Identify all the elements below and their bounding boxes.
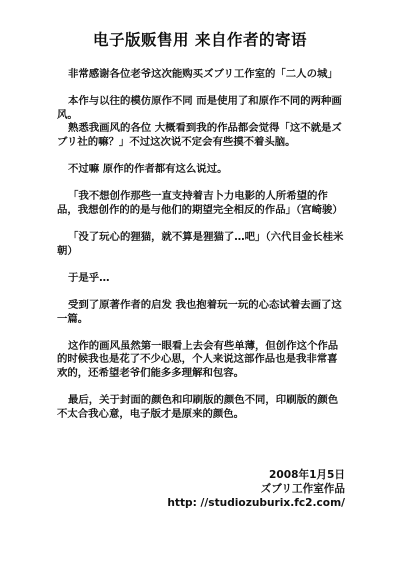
studio-name: ズブリ工作室作品 bbox=[167, 483, 345, 497]
paragraph-cover-color: 最后，关于封面的颜色和印刷版的颜色不同，印刷版的颜色不太合我心意，电子版才是原来… bbox=[57, 394, 347, 421]
paragraph-effort: 这作的画风虽然第一眼看上去会有些单薄，但创作这个作品的时候我也是花了不少心思，个… bbox=[57, 340, 347, 381]
signature-block: 2008年1月5日 ズブリ工作室作品 http: //studiozuburix… bbox=[167, 469, 345, 510]
paragraph-art-style: 本作与以往的模仿原作不同 而是使用了和原作不同的两种画风。 bbox=[57, 95, 347, 122]
paragraph-original-author: 不过嘛 原作的作者都有这么说过。 bbox=[57, 163, 347, 177]
paragraph-inspiration: 受到了原著作者的启发 我也抱着玩一玩的心态试着去画了这一篇。 bbox=[57, 299, 347, 326]
message-body: 非常感谢各位老爷这次能购买ズブリ工作室的「二人の城」 本作与以往的模仿原作不同 … bbox=[57, 68, 347, 435]
paragraph-therefore: 于是乎… bbox=[57, 272, 347, 286]
date: 2008年1月5日 bbox=[167, 469, 345, 483]
paragraph-thanks: 非常感谢各位老爷这次能购买ズブリ工作室的「二人の城」 bbox=[57, 68, 347, 82]
quote-miyazaki: 「我不想创作那些一直支持着吉卜力电影的人所希望的作品，我想创作的的是与他们的期望… bbox=[57, 190, 347, 217]
quote-beichao: 「没了玩心的狸猫，就不算是狸猫了…吧」（六代目金长桂米朝） bbox=[57, 231, 347, 258]
studio-url: http: //studiozuburix.fc2.com/ bbox=[167, 497, 345, 511]
paragraph-familiar-readers: 熟悉我画风的各位 大概看到我的作品都会觉得「这不就是ズブリ社的嘛？」不过这次说不… bbox=[57, 122, 347, 149]
page-title: 电子版贩售用 来自作者的寄语 bbox=[0, 28, 400, 50]
document-page: 电子版贩售用 来自作者的寄语 非常感谢各位老爷这次能购买ズブリ工作室的「二人の城… bbox=[0, 0, 400, 565]
